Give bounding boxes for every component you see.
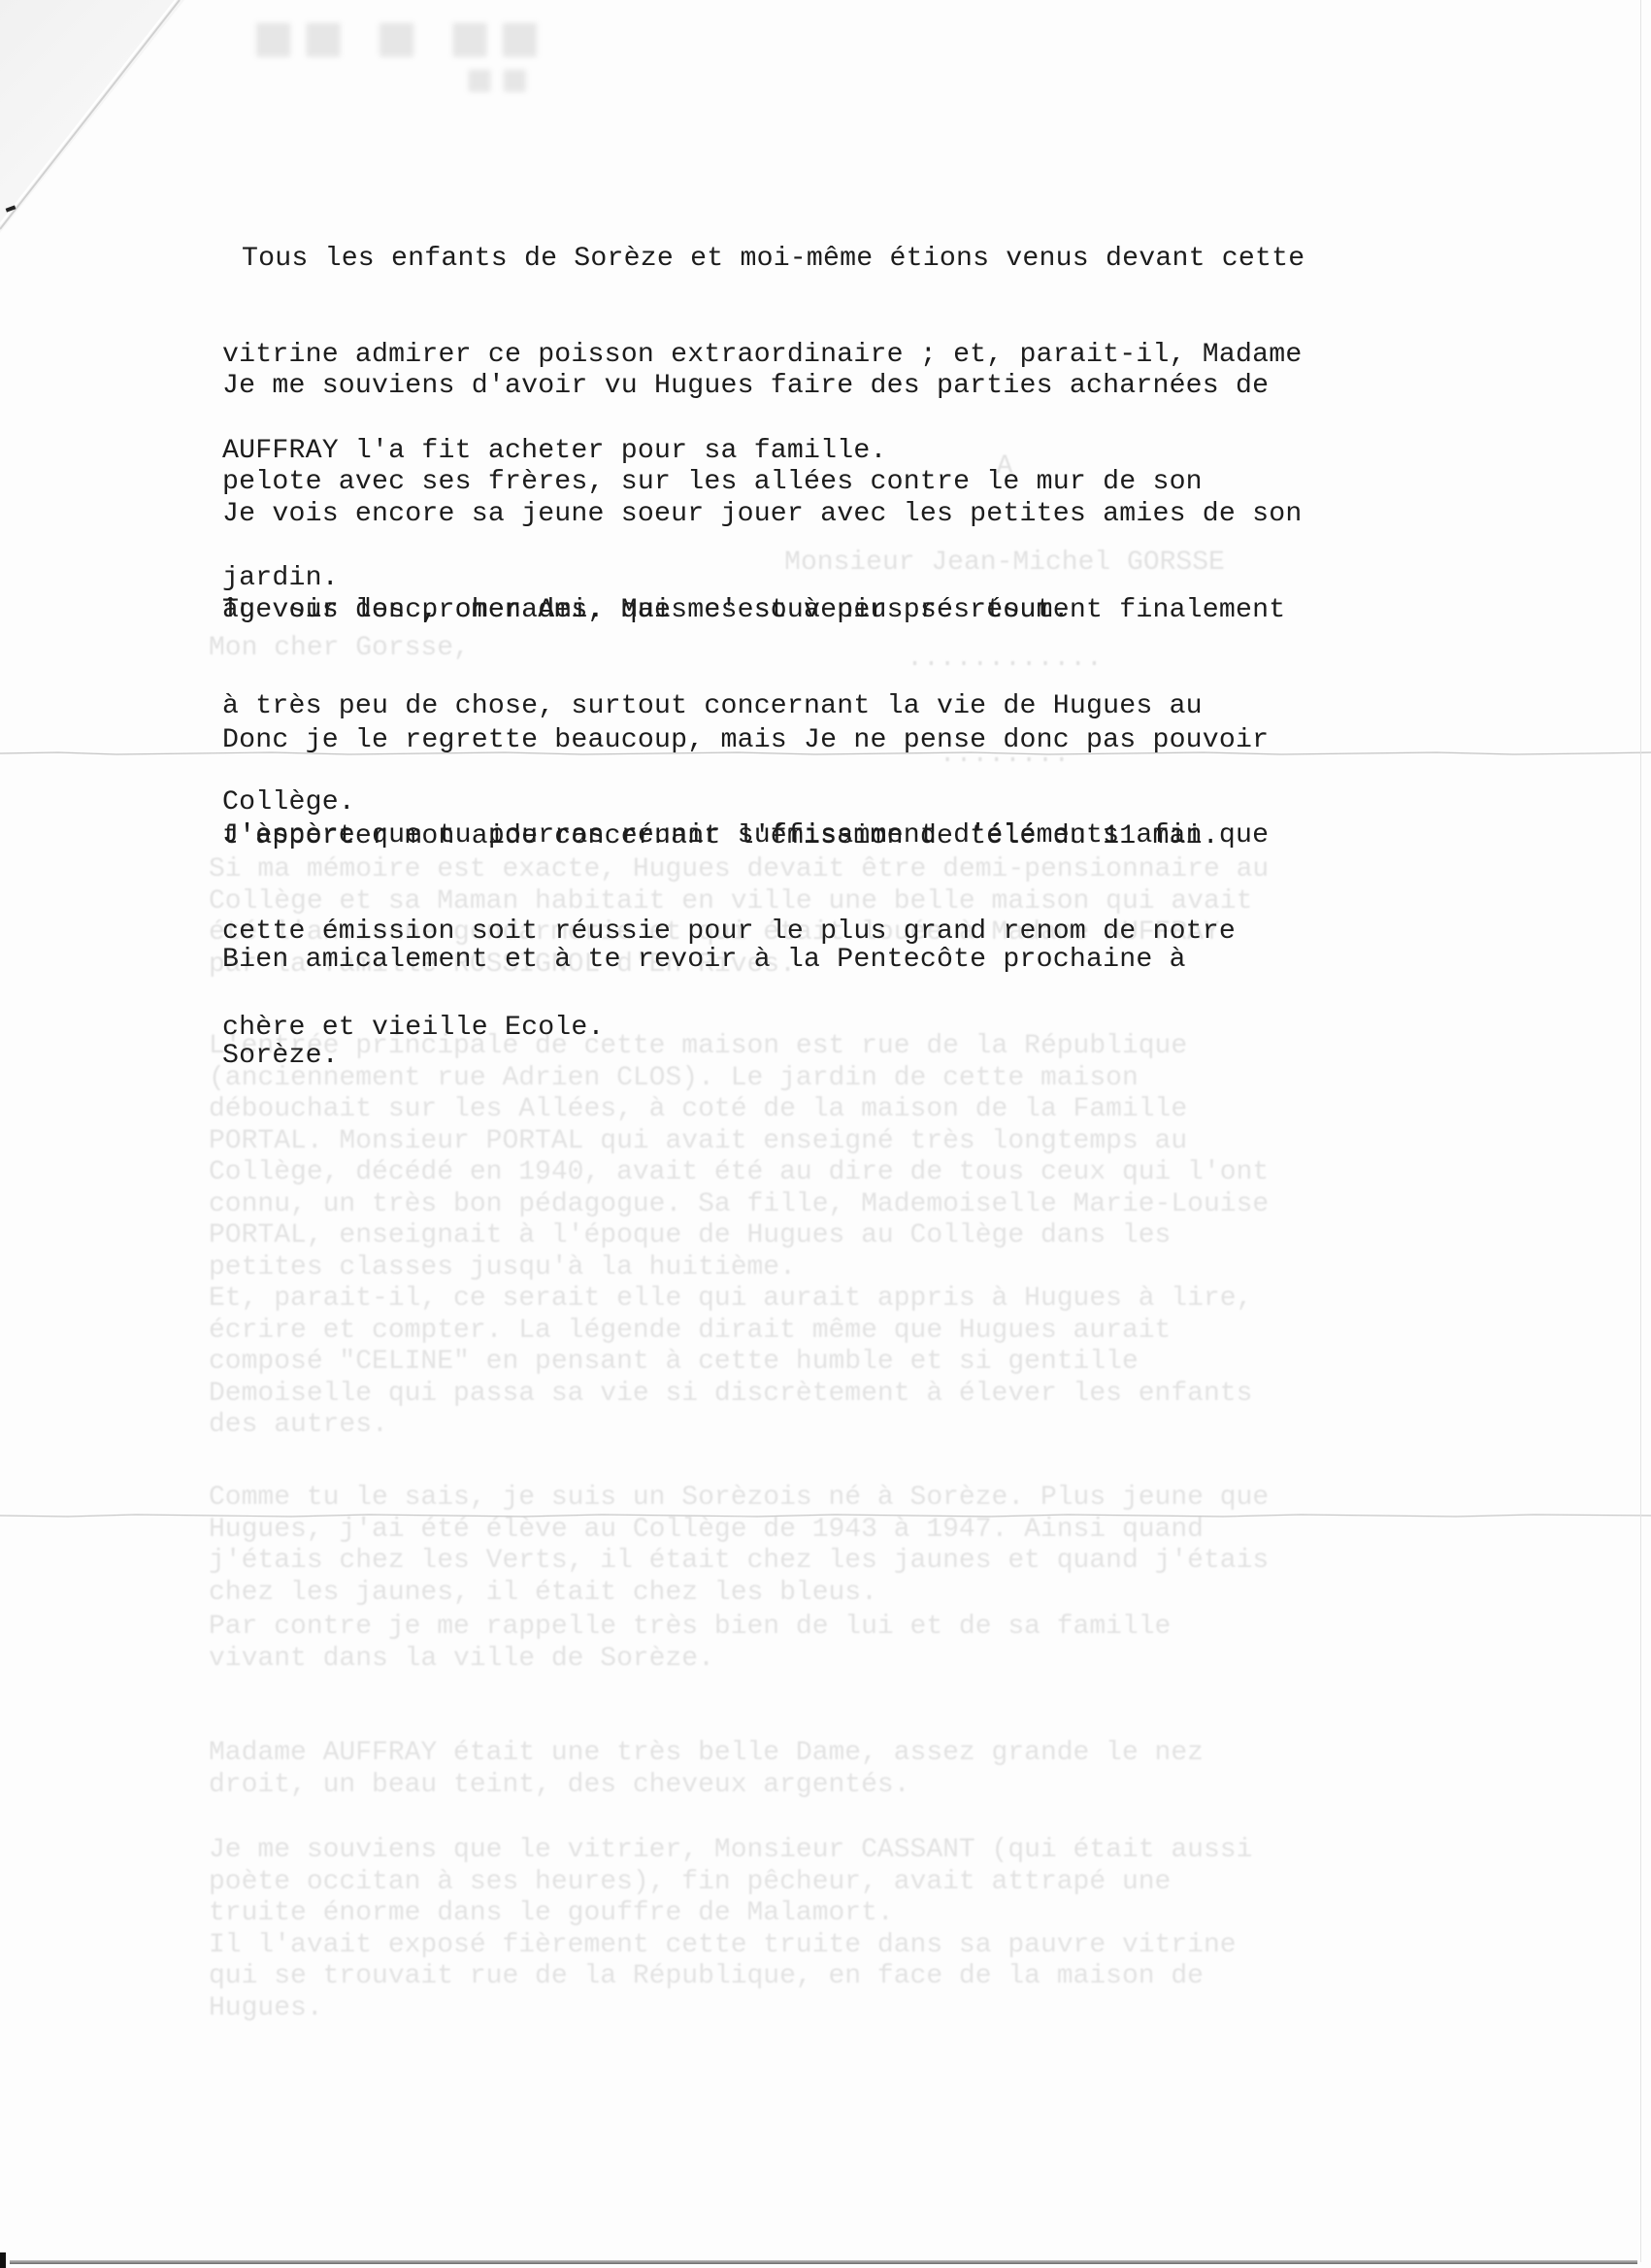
scan-edge-mark [0, 2252, 6, 2268]
text-line: Tu vois donc, cher Ami, que mes souvenir… [222, 594, 1285, 626]
show-through-line: des autres. [209, 1410, 1269, 1442]
show-through-line: vivant dans la ville de Sorèze. [209, 1644, 1171, 1676]
show-through-line: Par contre je me rappelle très bien de l… [209, 1612, 1171, 1644]
text-line: Donc je le regrette beaucoup, mais Je ne… [222, 724, 1269, 756]
show-through-paragraph: Je me souviens que le vitrier, Monsieur … [209, 1835, 1252, 2024]
show-through-paragraph: Madame AUFFRAY était une très belle Dame… [209, 1738, 1204, 1801]
page-right-edge [1640, 0, 1641, 2262]
show-through-line: truite énorme dans le gouffre de Malamor… [209, 1898, 1252, 1930]
show-through-line: Il l'avait exposé fièrement cette truite… [209, 1930, 1252, 1962]
show-through-line: Je me souviens que le vitrier, Monsieur … [209, 1835, 1252, 1867]
show-through-line: PORTAL, enseignait à l'époque de Hugues … [209, 1220, 1269, 1252]
text-line: J'èspère que tu pourras réunir suffisamm… [222, 819, 1269, 851]
folded-corner [0, 0, 184, 233]
show-through-line: écrire et compter. La légende dirait mêm… [209, 1316, 1269, 1348]
show-through-line: petites classes jusqu'à la huitième. [209, 1252, 1269, 1284]
text-line: Bien amicalement et à te revoir à la Pen… [222, 944, 1186, 976]
show-through-line: Demoiselle qui passa sa vie si discrètem… [209, 1379, 1269, 1411]
text-line: Je me souviens d'avoir vu Hugues faire d… [222, 370, 1269, 402]
page-bottom-edge [10, 2260, 1637, 2264]
show-through-paragraph: Comme tu le sais, je suis un Sorèzois né… [209, 1483, 1269, 1609]
show-through-line: droit, un beau teint, des cheveux argent… [209, 1770, 1204, 1802]
show-through-line: Hugues. [209, 1993, 1252, 2025]
text-line: Je vois encore sa jeune soeur jouer avec… [222, 498, 1303, 530]
fold-crease [0, 1513, 1651, 1518]
paragraph-closing: Bien amicalement et à te revoir à la Pen… [222, 880, 1186, 1136]
text-line: Tous les enfants de Sorèze et moi-même é… [242, 243, 1304, 275]
show-through-line: j'étais chez les Verts, il était chez le… [209, 1546, 1269, 1578]
show-through-line: Collège, décédé en 1940, avait été au di… [209, 1157, 1269, 1189]
show-through-line: Comme tu le sais, je suis un Sorèzois né… [209, 1483, 1269, 1515]
show-through-line: Et, parait-il, ce serait elle qui aurait… [209, 1284, 1269, 1316]
show-through-line: Hugues, j'ai été élève au Collège de 194… [209, 1515, 1269, 1547]
show-through-paragraph: Par contre je me rappelle très bien de l… [209, 1612, 1171, 1675]
faint-stamp-mark: ■■ ■ ■■ ■■ [252, 10, 602, 126]
show-through-line: Madame AUFFRAY était une très belle Dame… [209, 1738, 1204, 1770]
show-through-line: connu, un très bon pédagogue. Sa fille, … [209, 1189, 1269, 1221]
show-through-line: qui se trouvait rue de la République, en… [209, 1961, 1252, 1993]
show-through-line: composé "CELINE" en pensant à cette humb… [209, 1347, 1269, 1379]
show-through-line: poète occitan à ses heures), fin pêcheur… [209, 1867, 1252, 1899]
text-line: Sorèze. [222, 1040, 1186, 1072]
scanned-letter-page: ■■ ■ ■■ ■■ A Monsieur Jean-Michel GORSSE… [0, 0, 1651, 2268]
show-through-line: chez les jaunes, il était chez les bleus… [209, 1578, 1269, 1610]
